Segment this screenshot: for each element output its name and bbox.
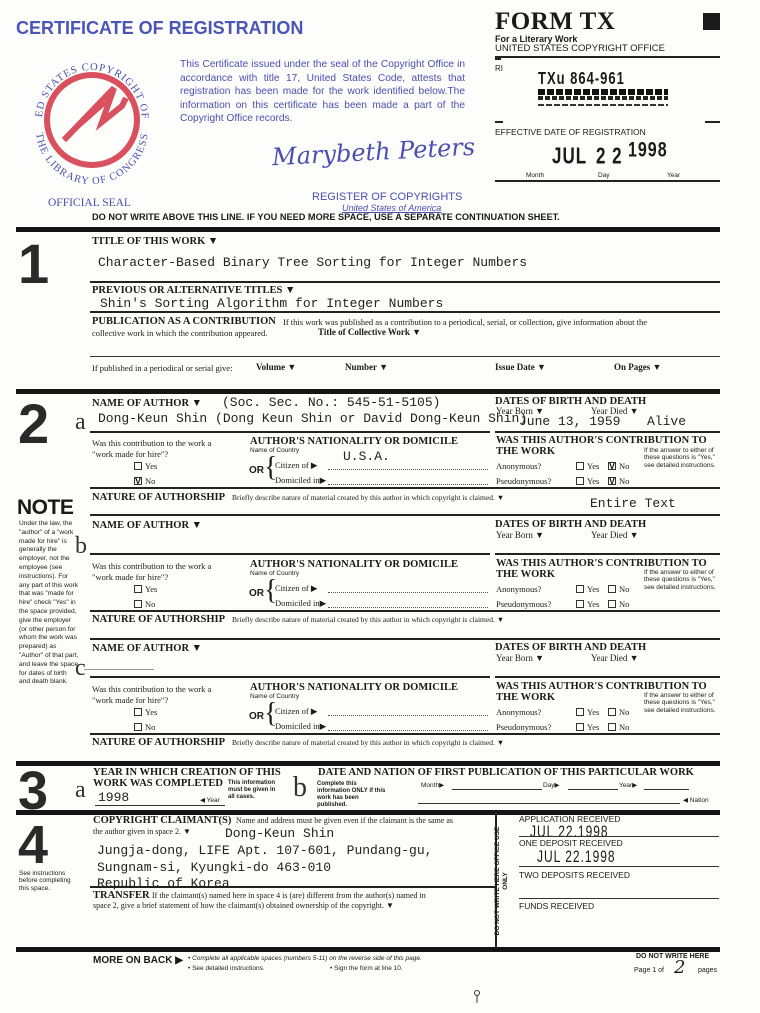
alt-titles-label: PREVIOUS OR ALTERNATIVE TITLES ▼ [92,285,295,296]
section-3-letter-a: a [75,778,86,802]
checkbox-yes[interactable] [576,708,584,716]
form-office: UNITED STATES COPYRIGHT OFFICE [495,43,665,54]
note-body: Under the law, the "author" of a "work m… [19,520,79,687]
pseudonymous-label: Pseudonymous? [496,476,551,486]
publication-desc: If this work was published as a contribu… [283,317,647,327]
registration-number: TXu 864-961 [538,68,625,88]
checkbox-yes[interactable] [576,477,584,485]
section-4-side-note: See instructions before completing this … [19,870,81,892]
divider [90,356,720,357]
corner-marker [703,13,720,30]
work-for-hire-q1: Was this contribution to the work a [92,561,211,571]
checkbox-yes[interactable] [576,462,584,470]
anonymous-no[interactable]: No [608,584,629,594]
certificate-statement: This Certificate issued under the seal o… [180,58,465,126]
barcode [538,89,668,109]
year-suffix: ◀ Year [200,797,220,804]
anonymous-yes[interactable]: Yes [576,707,599,717]
yes-label: Yes [145,461,157,471]
year-line [95,805,225,806]
page-total[interactable]: 2 [674,957,685,978]
divider [90,281,720,283]
nationality-label: AUTHOR'S NATIONALITY OR DOMICILE [250,682,458,693]
divider [495,431,720,433]
pages-label: pages [698,967,717,974]
contribution-label-1: WAS THIS AUTHOR'S CONTRIBUTION TO [496,681,707,692]
pin-mark-icon [474,990,480,1004]
effective-date-month: JUL [552,143,587,170]
do-not-write-here: DO NOT WRITE HERE [636,953,709,960]
year-born-label: Year Born ▼ [496,653,544,663]
citizen-of-line[interactable] [328,592,488,593]
funds-received-label: FUNDS RECEIVED [519,901,594,911]
pub-month-line[interactable] [452,789,542,790]
name-of-author-label: NAME OF AUTHOR ▼ [92,643,202,654]
nature-desc: Briefly describe nature of material crea… [232,738,504,747]
no-label: No [619,707,629,717]
note-title: NOTE [17,496,73,520]
contribution-label-1: WAS THIS AUTHOR'S CONTRIBUTION TO [496,558,707,569]
author-ssn[interactable]: (Soc. Sec. No.: 545-51-5105) [222,395,440,410]
checkbox-no-checked[interactable] [608,477,616,485]
contribution-side-note: If the answer to either of these questio… [644,692,720,714]
issue-date-label[interactable]: Issue Date ▼ [495,362,546,372]
divider [90,610,720,612]
divider [90,733,720,735]
pseudonymous-yes[interactable]: Yes [576,476,599,486]
work-for-hire-no[interactable]: No [134,722,155,732]
section-number-4: 4 [18,818,48,872]
svg-text:UNITED STATES COPYRIGHT OFFICE: UNITED STATES COPYRIGHT OFFICE [22,50,150,120]
section-divider [16,761,720,766]
no-label: No [619,599,629,609]
citizen-of-value[interactable]: U.S.A. [343,449,390,464]
work-for-hire-yes[interactable]: Yes [134,461,157,471]
claimant-name[interactable]: Dong-Keun Shin [225,826,334,841]
citizen-of-label: Citizen of ▶ [275,583,317,594]
publication-note: Complete this information ONLY if this w… [317,781,389,809]
divider [519,836,719,837]
no-label: No [619,722,629,732]
or-label: OR [249,465,264,476]
dates-label: DATES OF BIRTH AND DEATH [495,642,646,653]
no-label: No [145,722,155,732]
year-died-label: Year Died ▼ [591,653,639,663]
domiciled-in-label: Domiciled in▶ [275,598,326,609]
nature-label: NATURE OF AUTHORSHIP [92,737,225,748]
nationality-label: AUTHOR'S NATIONALITY OR DOMICILE [250,559,458,570]
or-label: OR [249,711,264,722]
domiciled-in-line[interactable] [328,607,488,608]
anonymous-label: Anonymous? [496,707,541,717]
on-pages-label[interactable]: On Pages ▼ [614,362,661,372]
no-label: No [145,476,155,486]
pseudonymous-label: Pseudonymous? [496,722,551,732]
domiciled-in-label: Domiciled in▶ [275,475,326,486]
section-divider [16,227,720,232]
year-note: This information must be given in all ca… [228,780,276,801]
pseudonymous-yes[interactable]: Yes [576,722,599,732]
author-born[interactable]: June 13, 1959 [519,414,620,429]
form-name: FORM TX [495,8,615,36]
section-number-1: 1 [18,236,49,292]
or-label: OR [249,588,264,599]
pub-year-label: Year▶ [619,782,637,789]
work-for-hire-yes[interactable]: Yes [134,584,157,594]
contribution-label-2: THE WORK [496,446,555,457]
yes-label: Yes [587,461,599,471]
yes-label: Yes [145,584,157,594]
checkbox-no-checked[interactable] [608,462,616,470]
nature-desc: Briefly describe nature of material crea… [232,493,504,502]
work-for-hire-q1: Was this contribution to the work a [92,684,211,694]
tick-mark [495,121,503,123]
publication-desc-2: collective work in which the contributio… [92,328,267,338]
author-died[interactable]: Alive [647,414,686,429]
copyright-office-seal-icon: UNITED STATES COPYRIGHT OFFICE THE LIBRA… [22,50,162,190]
footer-bullet-2: • See detailed instructions. [188,965,265,972]
anonymous-label: Anonymous? [496,584,541,594]
tick-mark [495,58,501,60]
year-born-label: Year Born ▼ [496,530,544,540]
claimant-address-3[interactable]: Republic of Korea [97,876,230,891]
work-for-hire-no[interactable]: No [134,476,155,486]
name-of-author-label: NAME OF AUTHOR ▼ [92,520,202,531]
yes-label: Yes [587,707,599,717]
divider [519,898,719,899]
date-month-label: Month [526,172,544,179]
citizen-of-label: Citizen of ▶ [275,706,317,717]
nature-desc: Briefly describe nature of material crea… [232,615,504,624]
volume-label[interactable]: Volume ▼ [256,362,296,372]
pseudonymous-no[interactable]: No [608,722,629,732]
effective-date-label: EFFECTIVE DATE OF REGISTRATION [495,127,646,137]
work-for-hire-yes[interactable]: Yes [134,707,157,717]
checkbox-yes[interactable] [134,462,142,470]
do-not-write-warning: DO NOT WRITE ABOVE THIS LINE. IF YOU NEE… [92,212,560,222]
author-letter-a: a [75,410,86,434]
divider [495,553,720,555]
yes-label: Yes [587,476,599,486]
checkbox-no[interactable] [134,600,142,608]
pseudonymous-label: Pseudonymous? [496,599,551,609]
divider [90,487,720,489]
claimant-address-1[interactable]: Jungja-dong, LIFE Apt. 107-601, Pundang-… [97,843,432,858]
checkbox-yes[interactable] [576,585,584,593]
divider [90,553,490,555]
section-divider [16,947,720,952]
contribution-label-2: THE WORK [496,692,555,703]
checkbox-yes[interactable] [134,585,142,593]
nationality-label: AUTHOR'S NATIONALITY OR DOMICILE [250,436,458,447]
official-seal: UNITED STATES COPYRIGHT OFFICE THE LIBRA… [22,50,162,190]
contribution-label-2: THE WORK [496,569,555,580]
author-letter-b: b [75,534,87,558]
first-publication-label: DATE AND NATION OF FIRST PUBLICATION OF … [318,767,694,778]
scribble-line [84,669,154,670]
alt-titles-value[interactable]: Shin's Sorting Algorithm for Integer Num… [100,296,443,311]
checkbox-no[interactable] [608,585,616,593]
nature-label: NATURE OF AUTHORSHIP [92,492,225,503]
divider [90,676,490,678]
checkbox-no[interactable] [608,723,616,731]
work-for-hire-no[interactable]: No [134,599,155,609]
anonymous-yes[interactable]: Yes [576,461,599,471]
claimant-desc: Name and address must be given even if t… [236,816,453,825]
section-divider [16,389,720,394]
yes-label: Yes [587,584,599,594]
pub-day-label: Day▶ [543,782,560,789]
effective-date-year: 1998 [628,139,668,163]
author-name[interactable]: Dong-Keun Shin (Dong Keun Shin or David … [98,411,527,426]
divider [90,311,720,313]
register-signature: Marybeth Peters [271,133,475,172]
yes-label: Yes [587,599,599,609]
citizen-of-line [328,469,488,470]
pseudonymous-no[interactable]: No [608,599,629,609]
nature-label: NATURE OF AUTHORSHIP [92,614,225,625]
claimant-desc-2: the author given in space 2. ▼ [93,827,191,836]
section-3-letter-b: b [293,774,307,802]
more-on-back: MORE ON BACK ▶ [93,955,183,966]
work-for-hire-q2: "work made for hire"? [92,572,168,582]
pub-nation-label: ◀ Nation [683,797,709,804]
office-use-vertical-label: DO NOT WRITE HERE OFFICE USE ONLY [494,819,510,943]
pseudonymous-yes[interactable]: Yes [576,599,599,609]
register-title: REGISTER OF COPYRIGHTS [312,191,462,203]
ri-label: RI [495,64,503,73]
no-label: No [619,584,629,594]
contribution-label-1: WAS THIS AUTHOR'S CONTRIBUTION TO [496,435,707,446]
certificate-title: CERTIFICATE OF REGISTRATION [16,18,303,39]
divider [90,886,495,888]
checkbox-no[interactable] [134,723,142,731]
footer-bullet-3: • Sign the form at line 10. [330,965,403,972]
work-for-hire-q2: "work made for hire"? [92,449,168,459]
no-label: No [145,599,155,609]
anonymous-label: Anonymous? [496,461,541,471]
name-of-author-label: NAME OF AUTHOR ▼ [92,398,202,409]
pub-year-line[interactable] [644,789,689,790]
claimant-address-2[interactable]: Sungnam-si, Kyungki-do 463-010 [97,860,331,875]
transfer-label: TRANSFER [93,890,150,901]
divider [495,676,720,678]
dates-label: DATES OF BIRTH AND DEATH [495,519,646,530]
domiciled-in-line [328,484,488,485]
domiciled-in-line[interactable] [328,730,488,731]
date-year-label: Year [667,172,680,179]
divider [495,180,720,182]
title-value[interactable]: Character-Based Binary Tree Sorting for … [98,255,527,270]
divider [90,638,720,640]
year-completed-label-2: WORK WAS COMPLETED [93,778,223,789]
contribution-side-note: If the answer to either of these questio… [644,569,720,591]
divider [90,514,720,516]
checkbox-yes[interactable] [576,600,584,608]
nature-value[interactable]: Entire Text [590,496,676,511]
divider [519,866,719,867]
anonymous-no[interactable]: No [608,461,629,471]
collective-title-label[interactable]: Title of Collective Work ▼ [318,327,421,337]
year-completed-value[interactable]: 1998 [98,790,129,805]
claimant-label: COPYRIGHT CLAIMANT(S) [93,815,231,826]
one-deposit-date: JUL 22.1998 [537,847,616,866]
checkbox-yes[interactable] [576,723,584,731]
page-of-label: Page 1 of [634,967,664,974]
pub-day-line[interactable] [568,789,618,790]
citizen-of-label: Citizen of ▶ [275,460,317,471]
anonymous-no[interactable]: No [608,707,629,717]
yes-label: Yes [587,722,599,732]
two-deposits-label: TWO DEPOSITS RECEIVED [519,870,630,880]
divider [90,431,490,433]
pub-nation-line[interactable] [418,803,680,804]
seal-caption: OFFICIAL SEAL [48,197,131,209]
anonymous-yes[interactable]: Yes [576,584,599,594]
publication-label: PUBLICATION AS A CONTRIBUTION [92,316,276,327]
no-label: No [619,476,629,486]
work-for-hire-q1: Was this contribution to the work a [92,438,211,448]
effective-date-day: 2 2 [596,143,623,170]
number-label[interactable]: Number ▼ [345,362,388,372]
periodical-label: If published in a periodical or serial g… [92,363,232,373]
title-label: TITLE OF THIS WORK ▼ [92,236,218,247]
checkbox-no[interactable] [608,600,616,608]
footer-bullet-1: • Complete all applicable spaces (number… [188,955,422,962]
no-label: No [619,461,629,471]
author-letter-c: c [75,656,86,680]
transfer-desc: If the claimant(s) named here in space 4… [152,891,426,900]
transfer-desc-2: space 2, give a brief statement of how t… [93,901,394,910]
year-completed-label-1: YEAR IN WHICH CREATION OF THIS [93,767,281,778]
divider [495,56,720,58]
checkbox-yes[interactable] [134,708,142,716]
work-for-hire-q2: "work made for hire"? [92,695,168,705]
domiciled-in-label: Domiciled in▶ [275,721,326,732]
date-day-label: Day [598,172,610,179]
section-number-2: 2 [18,396,49,452]
contribution-side-note: If the answer to either of these questio… [644,447,720,469]
checkbox-no-checked[interactable] [134,477,142,485]
tick-mark [705,121,720,123]
pub-month-label: Month▶ [421,782,444,789]
pseudonymous-no[interactable]: No [608,476,629,486]
citizen-of-line[interactable] [328,715,488,716]
yes-label: Yes [145,707,157,717]
year-died-label: Year Died ▼ [591,530,639,540]
checkbox-no[interactable] [608,708,616,716]
